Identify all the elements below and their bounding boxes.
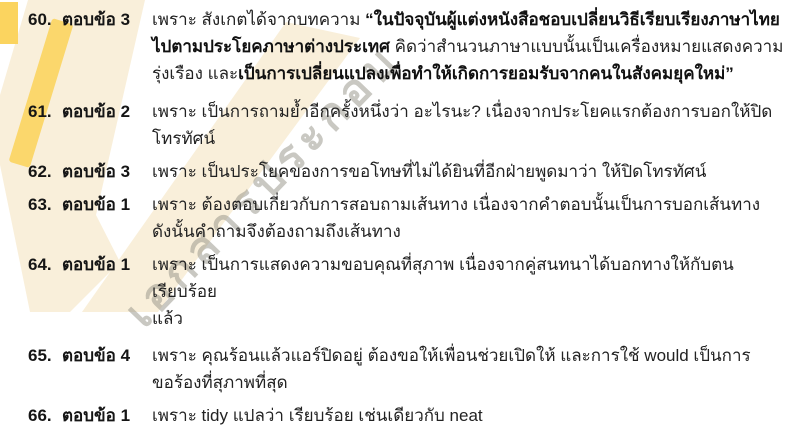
explanation-segment: ดังนั้นคำถามจึงต้องถามถึงเส้นทาง bbox=[152, 222, 401, 241]
item-explanation: เพราะ เป็นการแสดงความขอบคุณที่สุภาพ เนื่… bbox=[152, 251, 792, 332]
answer-choice-label: ตอบข้อ 2 bbox=[62, 98, 130, 125]
answer-item-header: 63. ตอบข้อ 1 bbox=[28, 191, 152, 218]
answer-choice-label: ตอบข้อ 3 bbox=[62, 6, 130, 33]
answer-list: 60. ตอบข้อ 3 เพราะ สังเกตได้จากบทความ “ใ… bbox=[0, 0, 800, 431]
question-number: 61. bbox=[28, 98, 62, 125]
answer-item: 65. ตอบข้อ 4 เพราะ คุณร้อนแล้วแอร์ปิดอยู… bbox=[28, 342, 792, 396]
explanation-segment: แล้ว bbox=[152, 309, 183, 328]
answer-choice-label: ตอบข้อ 1 bbox=[62, 402, 130, 429]
answer-item-header: 61. ตอบข้อ 2 bbox=[28, 98, 152, 125]
answer-item-header: 66. ตอบข้อ 1 bbox=[28, 402, 152, 429]
item-explanation: เพราะ tidy แปลว่า เรียบร้อย เช่นเดียวกับ… bbox=[152, 402, 792, 429]
answer-choice-label: ตอบข้อ 1 bbox=[62, 191, 130, 218]
question-number: 64. bbox=[28, 251, 62, 278]
answer-item: 62. ตอบข้อ 3 เพราะ เป็นประโยคของการขอโทษ… bbox=[28, 158, 792, 185]
explanation-segment: เป็นการเปลี่ยนแปลงเพื่อทำให้เกิดการยอมรั… bbox=[238, 64, 734, 83]
item-explanation: เพราะ เป็นประโยคของการขอโทษที่ไม่ได้ยินท… bbox=[152, 158, 792, 185]
question-number: 65. bbox=[28, 342, 62, 369]
answer-item-header: 62. ตอบข้อ 3 bbox=[28, 158, 152, 185]
explanation-segment: เพราะ เป็นประโยคของการขอโทษที่ไม่ได้ยินท… bbox=[152, 162, 706, 181]
answer-item: 66. ตอบข้อ 1 เพราะ tidy แปลว่า เรียบร้อย… bbox=[28, 402, 792, 429]
explanation-segment: คิดว่าสำนวนภาษาแบบนั้นเป็นเครื่องหมายแสด… bbox=[390, 37, 784, 56]
explanation-segment: ขอร้องที่สุภาพที่สุด bbox=[152, 373, 288, 392]
explanation-segment: เพราะ ต้องตอบเกี่ยวกับการสอบถามเส้นทาง เ… bbox=[152, 195, 760, 214]
answer-item: 61. ตอบข้อ 2 เพราะ เป็นการถามย้ำอีกครั้ง… bbox=[28, 98, 792, 152]
explanation-segment: ไปตามประโยคภาษาต่างประเทศ bbox=[152, 37, 390, 56]
answer-item-header: 64. ตอบข้อ 1 bbox=[28, 251, 152, 278]
answer-choice-label: ตอบข้อ 1 bbox=[62, 251, 130, 278]
item-explanation: เพราะ สังเกตได้จากบทความ “ในปัจจุบันผู้แ… bbox=[152, 6, 792, 87]
answer-item-header: 65. ตอบข้อ 4 bbox=[28, 342, 152, 369]
explanation-segment: โทรทัศน์ bbox=[152, 129, 215, 148]
answer-item: 64. ตอบข้อ 1 เพราะ เป็นการแสดงความขอบคุณ… bbox=[28, 251, 792, 332]
item-explanation: เพราะ ต้องตอบเกี่ยวกับการสอบถามเส้นทาง เ… bbox=[152, 191, 792, 245]
answer-item: 60. ตอบข้อ 3 เพราะ สังเกตได้จากบทความ “ใ… bbox=[28, 6, 792, 87]
item-explanation: เพราะ เป็นการถามย้ำอีกครั้งหนึ่งว่า อะไร… bbox=[152, 98, 792, 152]
explanation-segment: เพราะ tidy แปลว่า เรียบร้อย เช่นเดียวกับ… bbox=[152, 406, 483, 425]
explanation-segment: เพราะ สังเกตได้จากบทความ bbox=[152, 10, 365, 29]
document-page: เอกสารประกอบ 60. ตอบข้อ 3 เพราะ สังเกตได… bbox=[0, 0, 800, 431]
question-number: 60. bbox=[28, 6, 62, 33]
item-explanation: เพราะ คุณร้อนแล้วแอร์ปิดอยู่ ต้องขอให้เพ… bbox=[152, 342, 792, 396]
explanation-segment: รุ่งเรือง และ bbox=[152, 64, 238, 83]
answer-item: 63. ตอบข้อ 1 เพราะ ต้องตอบเกี่ยวกับการสอ… bbox=[28, 191, 792, 245]
question-number: 63. bbox=[28, 191, 62, 218]
answer-item-header: 60. ตอบข้อ 3 bbox=[28, 6, 152, 33]
explanation-segment: เพราะ คุณร้อนแล้วแอร์ปิดอยู่ ต้องขอให้เพ… bbox=[152, 346, 751, 365]
answer-choice-label: ตอบข้อ 3 bbox=[62, 158, 130, 185]
answer-choice-label: ตอบข้อ 4 bbox=[62, 342, 130, 369]
explanation-segment: “ในปัจจุบันผู้แต่งหนังสือชอบเปลี่ยนวิธีเ… bbox=[365, 10, 780, 29]
question-number: 66. bbox=[28, 402, 62, 429]
question-number: 62. bbox=[28, 158, 62, 185]
explanation-segment: เพราะ เป็นการแสดงความขอบคุณที่สุภาพ เนื่… bbox=[152, 255, 734, 301]
explanation-segment: เพราะ เป็นการถามย้ำอีกครั้งหนึ่งว่า อะไร… bbox=[152, 102, 772, 121]
